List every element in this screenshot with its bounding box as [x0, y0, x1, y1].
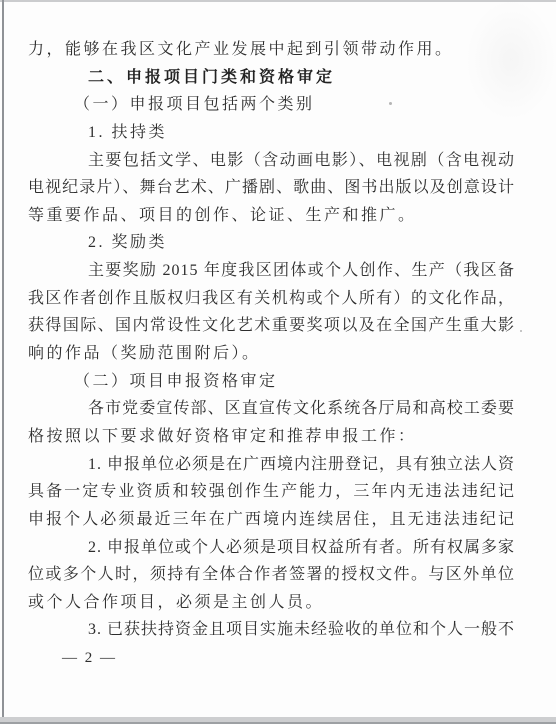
- scan-edge-left: [2, 0, 4, 724]
- text-line: 我区作者创作且版权归我区有关机构或个人所有）的文化作品，: [28, 285, 515, 313]
- text-line: 各市党委宣传部、区直宣传文化系统各厅局和高校工委要严: [28, 395, 515, 423]
- text-line: 1. 扶持类: [28, 119, 515, 147]
- text-line: 位或多个人时，须持有全体合作者签署的授权文件。与区外单位: [28, 561, 515, 589]
- text-line: 2. 申报单位或个人必须是项目权益所有者。所有权属多家单: [28, 534, 515, 562]
- text-line: 等重要作品、项目的创作、论证、生产和推广。: [28, 202, 515, 230]
- text-line: （二）项目申报资格审定: [28, 368, 515, 396]
- text-line: 主要奖励 2015 年度我区团体或个人创作、生产（我区备案或: [28, 257, 515, 285]
- text-line: 格按照以下要求做好资格审定和推荐申报工作：: [28, 423, 515, 451]
- text-line: 3. 已获扶持资金且项目实施未经验收的单位和个人一般不得: [28, 616, 515, 644]
- scanned-document-page: 力，能够在我区文化产业发展中起到引领带动作用。二、申报项目门类和资格审定（一）申…: [0, 0, 556, 724]
- text-line: 2. 奖励类: [28, 229, 515, 257]
- text-line: 具备一定专业资质和较强创作生产能力，三年内无违法违纪记录，: [28, 478, 515, 506]
- document-body: 力，能够在我区文化产业发展中起到引领带动作用。二、申报项目门类和资格审定（一）申…: [28, 36, 515, 644]
- text-line: 申报个人必须最近三年在广西境内连续居住，且无违法违纪记录。: [28, 506, 515, 534]
- text-line: 1. 申报单位必须是在广西境内注册登记，具有独立法人资格，: [28, 451, 515, 479]
- text-line: 电视纪录片）、舞台艺术、广播剧、歌曲、图书出版以及创意设计: [28, 174, 515, 202]
- text-line: 获得国际、国内常设性文化艺术重要奖项以及在全国产生重大影: [28, 312, 515, 340]
- text-line: 响的作品（奖励范围附后）。: [28, 340, 515, 368]
- text-line: 二、申报项目门类和资格审定: [28, 64, 515, 92]
- scan-edge-bottom: [0, 717, 556, 724]
- page-number: — 2 —: [62, 648, 117, 668]
- text-line: 主要包括文学、电影（含动画电影）、电视剧（含电视动画片、: [28, 147, 515, 175]
- text-line: 或个人合作项目，必须是主创人员。: [28, 589, 515, 617]
- scan-speckle: [520, 330, 522, 332]
- text-line: （一）申报项目包括两个类别: [28, 91, 515, 119]
- text-line: 力，能够在我区文化产业发展中起到引领带动作用。: [28, 36, 515, 64]
